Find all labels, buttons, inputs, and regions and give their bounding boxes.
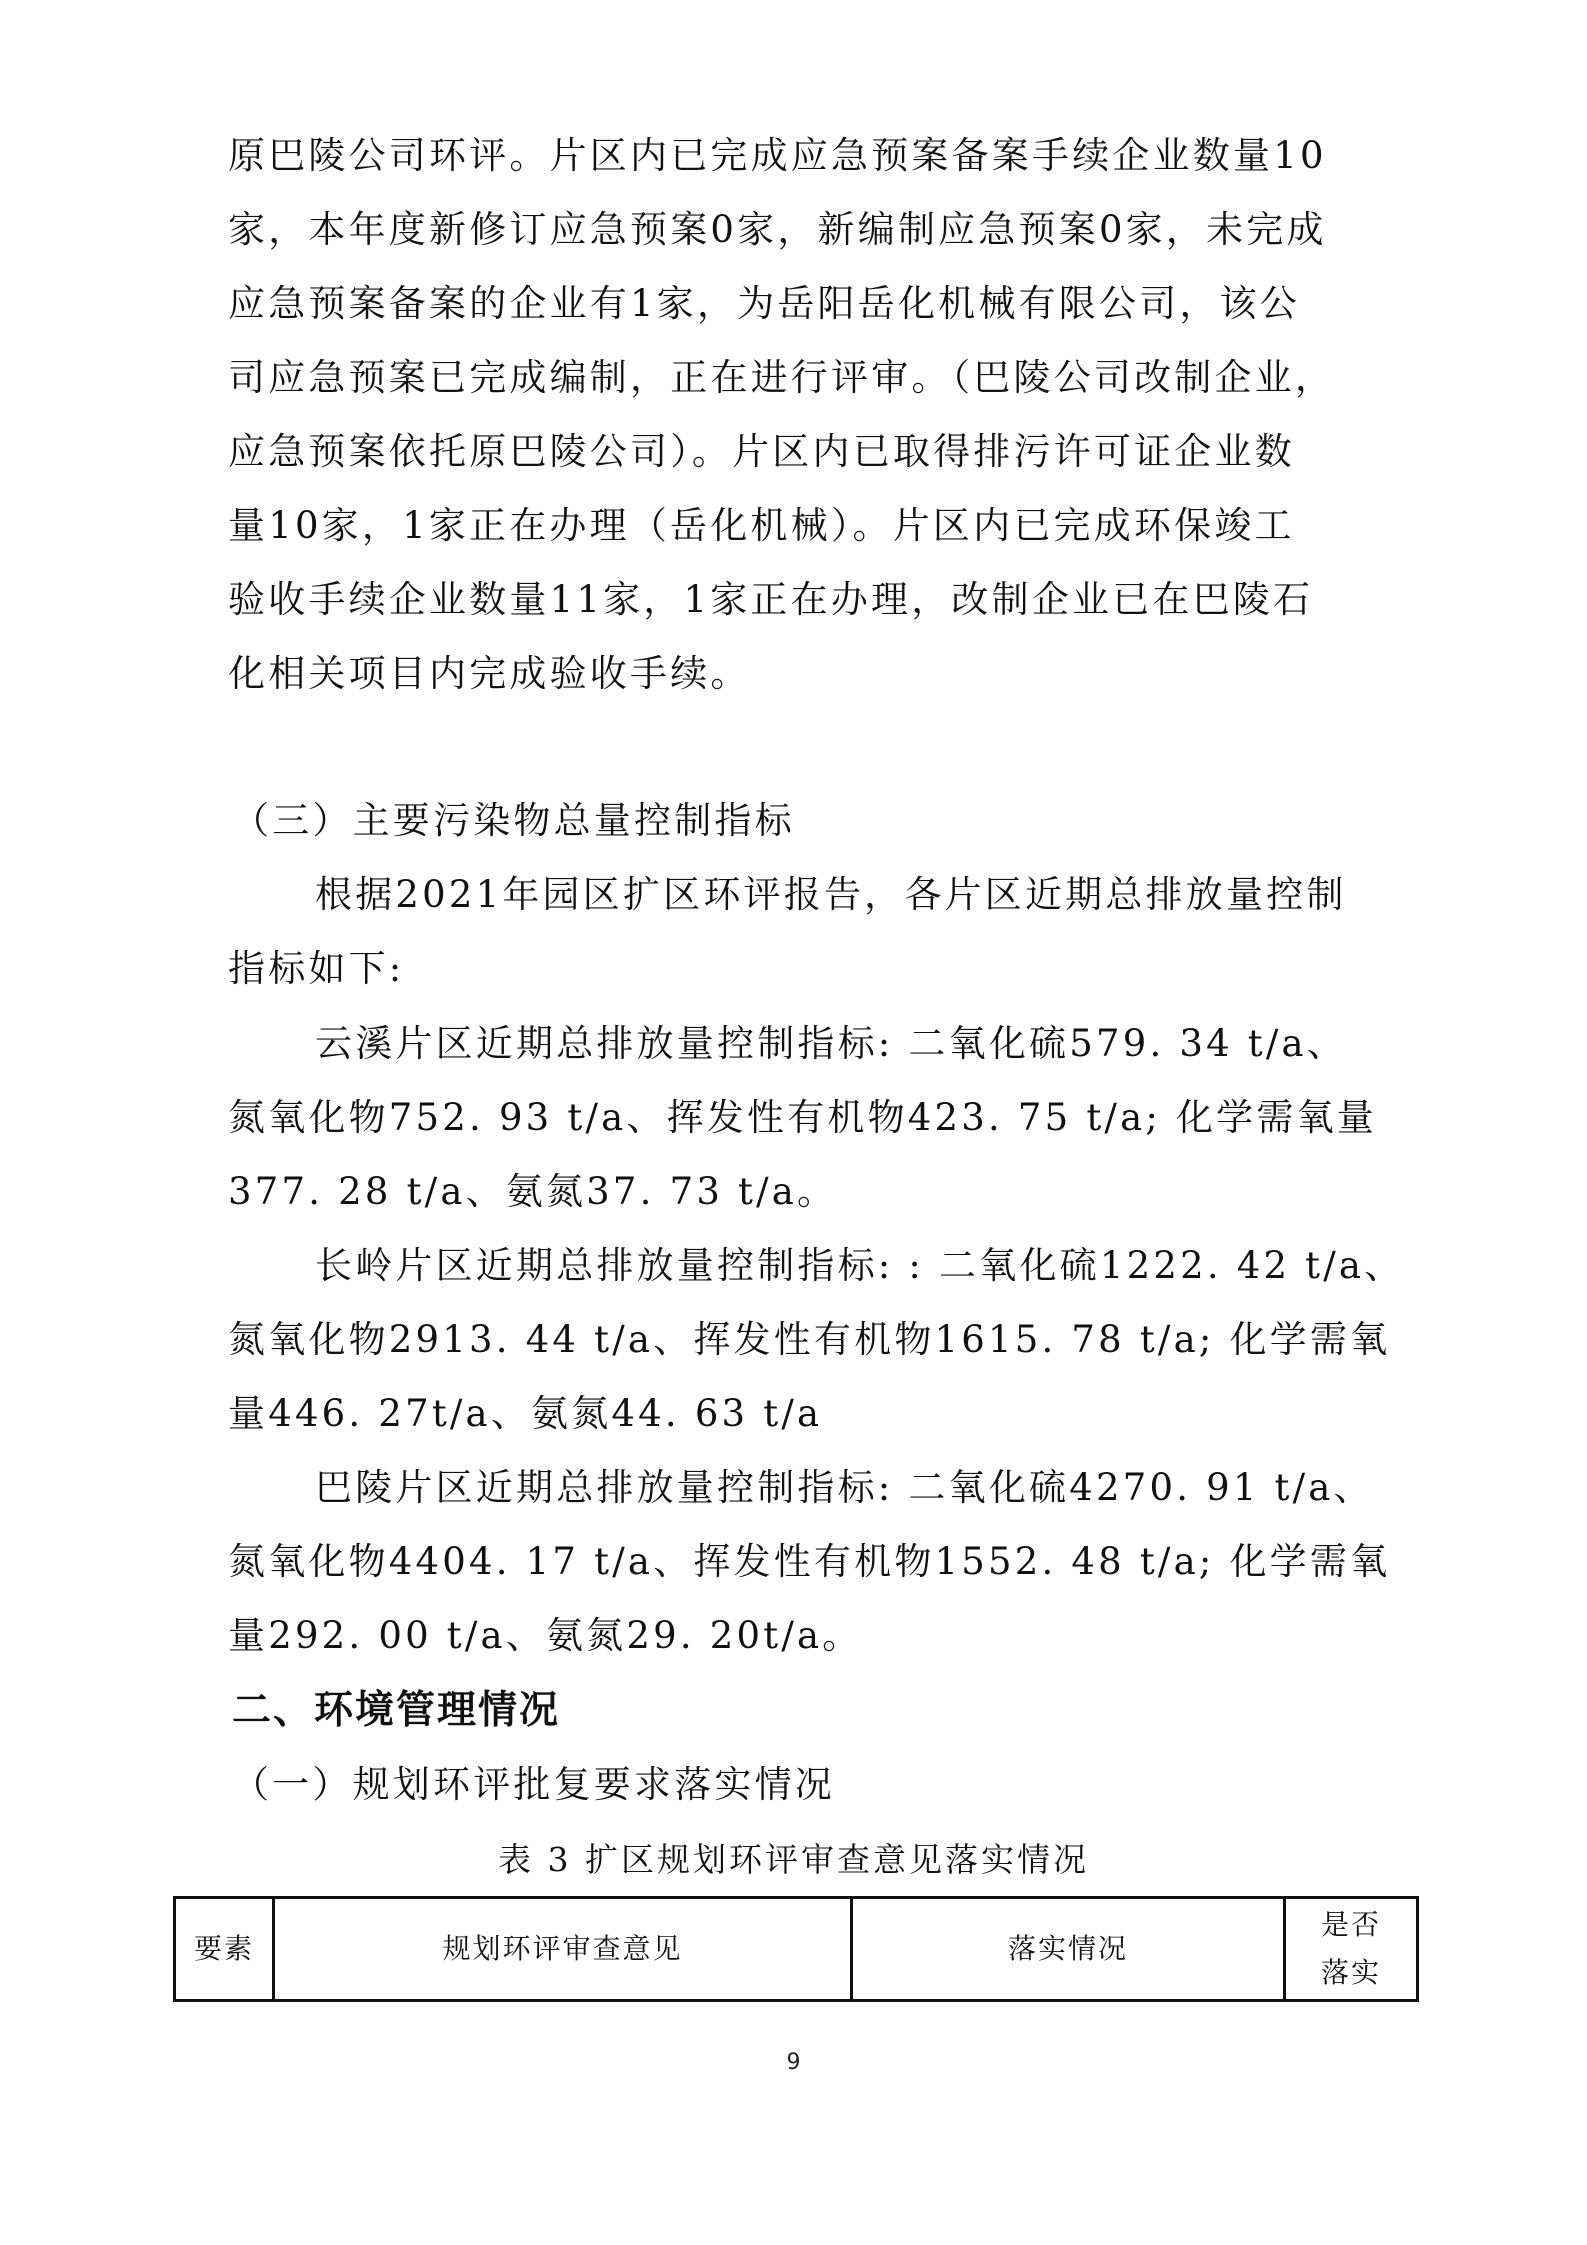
yunxi-limits-line: 377. 28 t/a、氨氮37. 73 t/a。 <box>228 1167 837 1217</box>
baling-limits-line: 巴陵片区近期总排放量控制指标: 二氧化硫4270. 91 t/a、 <box>315 1463 1374 1513</box>
header-review-opinion: 规划环评审查意见 <box>274 1898 852 2001</box>
table-caption: 表 3 扩区规划环评审查意见落实情况 <box>0 1838 1587 1882</box>
page-number: 9 <box>0 2050 1587 2075</box>
intro-line: 指标如下: <box>228 944 404 994</box>
paragraph-line: 验收手续企业数量11家，1家正在办理，改制企业已在巴陵石 <box>228 575 1313 625</box>
chapter-heading: 二、环境管理情况 <box>232 1686 560 1736</box>
intro-line: 根据2021年园区扩区环评报告，各片区近期总排放量控制 <box>315 870 1347 920</box>
changling-limits-line: 量446. 27t/a、氨氮44. 63 t/a <box>228 1389 822 1439</box>
baling-limits-line: 氮氧化物4404. 17 t/a、挥发性有机物1552. 48 t/a; 化学需… <box>228 1537 1390 1587</box>
baling-limits-line: 量292. 00 t/a、氨氮29. 20t/a。 <box>228 1611 862 1661</box>
paragraph-line: 应急预案备案的企业有1家，为岳阳岳化机械有限公司，该公 <box>228 279 1300 329</box>
yunxi-limits-line: 氮氧化物752. 93 t/a、挥发性有机物423. 75 t/a; 化学需氧量 <box>228 1093 1377 1143</box>
header-implemented-line1: 是否 <box>1286 1901 1416 1949</box>
header-implementation: 落实情况 <box>852 1898 1285 2001</box>
section-heading-1: （一）规划环评批复要求落实情况 <box>232 1760 835 1810</box>
paragraph-line: 量10家，1家正在办理（岳化机械）。片区内已完成环保竣工 <box>228 501 1295 551</box>
changling-limits-line: 氮氧化物2913. 44 t/a、挥发性有机物1615. 78 t/a; 化学需… <box>228 1315 1390 1365</box>
header-implemented-flag: 是否 落实 <box>1285 1898 1418 2001</box>
header-implemented-line2: 落实 <box>1286 1949 1416 1997</box>
paragraph-line: 应急预案依托原巴陵公司）。片区内已取得排污许可证企业数 <box>228 427 1295 477</box>
header-element: 要素 <box>175 1898 274 2001</box>
yunxi-limits-line: 云溪片区近期总排放量控制指标: 二氧化硫579. 34 t/a、 <box>315 1019 1347 1069</box>
table-header-row: 要素 规划环评审查意见 落实情况 是否 落实 <box>175 1898 1418 2001</box>
table-3: 要素 规划环评审查意见 落实情况 是否 落实 <box>173 1896 1419 2002</box>
paragraph-line: 司应急预案已完成编制，正在进行评审。（巴陵公司改制企业， <box>228 353 1335 403</box>
section-heading-3: （三）主要污染物总量控制指标 <box>232 796 795 846</box>
document-page: 原巴陵公司环评。片区内已完成应急预案备案手续企业数量10 家，本年度新修订应急预… <box>0 0 1587 2245</box>
changling-limits-line: 长岭片区近期总排放量控制指标: : 二氧化硫1222. 42 t/a、 <box>315 1241 1404 1291</box>
paragraph-line: 家，本年度新修订应急预案0家，新编制应急预案0家，未完成 <box>228 205 1327 255</box>
paragraph-line: 化相关项目内完成验收手续。 <box>228 649 751 699</box>
paragraph-line: 原巴陵公司环评。片区内已完成应急预案备案手续企业数量10 <box>228 131 1327 181</box>
